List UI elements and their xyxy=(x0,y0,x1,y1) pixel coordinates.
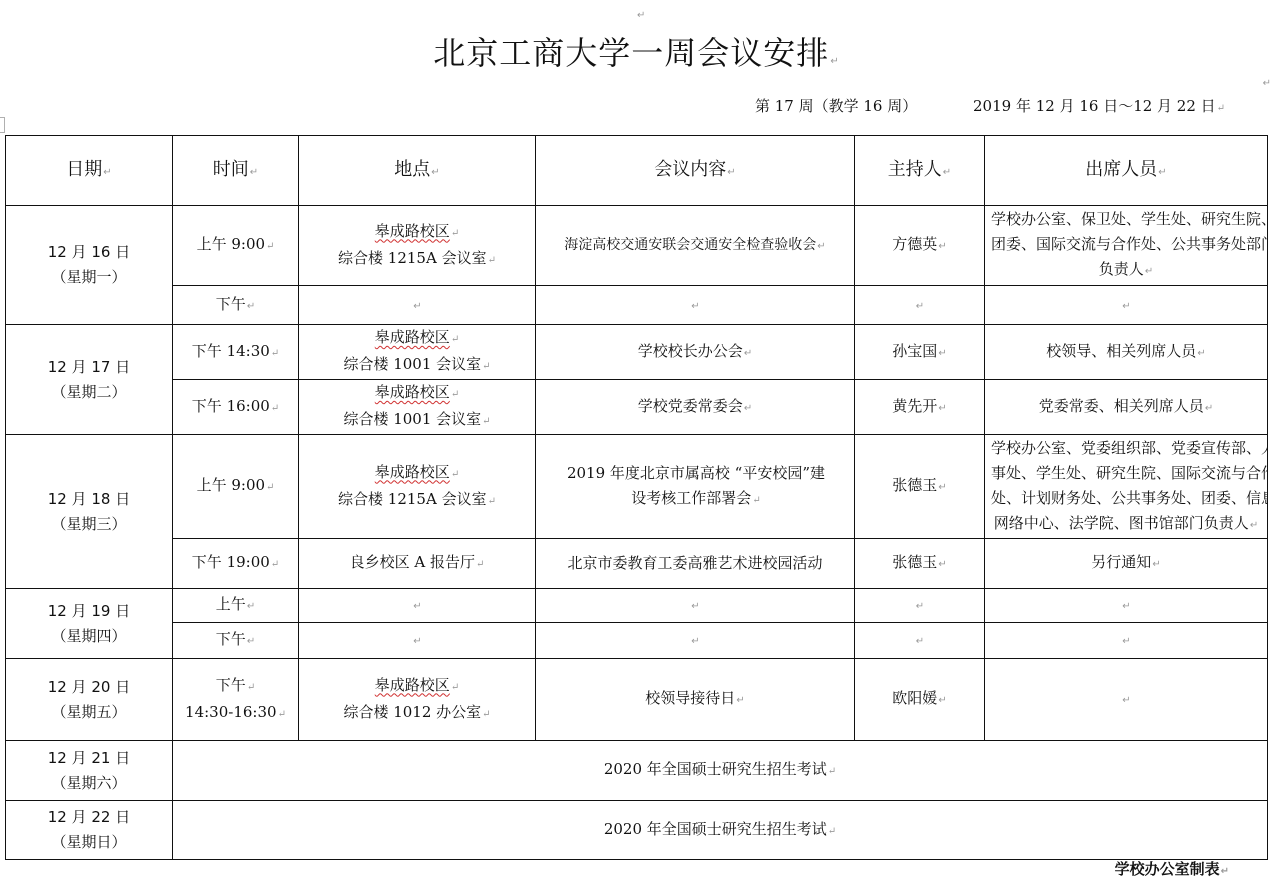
time-cell: 上午 9:00↵ xyxy=(173,435,299,539)
attendees-cell: 学校办公室、保卫处、学生处、研究生院、 团委、国际交流与合作处、公共事务处部门 … xyxy=(985,206,1268,286)
table-row: 12 月 20 日（星期五） 下午↵ 14:30-16:30↵ 皋成路校区↵ 综… xyxy=(6,659,1268,741)
location-cell: ↵ xyxy=(299,623,536,659)
time-cell: 上午↵ xyxy=(173,589,299,623)
content-cell: ↵ xyxy=(536,623,855,659)
content-cell: ↵ xyxy=(536,589,855,623)
attendees-cell: 另行通知↵ xyxy=(985,539,1268,589)
host-cell: 孙宝国↵ xyxy=(855,325,985,380)
date-cell: 12 月 18 日（星期三） xyxy=(6,435,173,589)
table-row: 下午 19:00↵ 良乡校区 A 报告厅↵ 北京市委教育工委高雅艺术进校园活动 … xyxy=(6,539,1268,589)
paragraph-mark: ↵ xyxy=(1217,103,1225,114)
attendees-cell: ↵ xyxy=(985,659,1268,741)
paragraph-mark: ↵ xyxy=(1263,78,1271,89)
meeting-schedule-table: 日期↵ 时间↵ 地点↵ 会议内容↵ 主持人↵ 出席人员↵ 12 月 16 日（星… xyxy=(5,135,1268,860)
table-row: 12 月 16 日（星期一） 上午 9:00↵ 皋成路校区↵ 综合楼 1215A… xyxy=(6,206,1268,286)
table-row: 下午↵ ↵ ↵ ↵ ↵ xyxy=(6,286,1268,325)
date-range-text: 2019 年 12 月 16 日～12 月 22 日 xyxy=(973,97,1216,115)
host-cell: ↵ xyxy=(855,623,985,659)
title-text: 北京工商大学一周会议安排 xyxy=(433,34,829,72)
date-cell: 12 月 16 日（星期一） xyxy=(6,206,173,325)
location-cell: 皋成路校区↵ 综合楼 1001 会议室↵ xyxy=(299,325,536,380)
date-cell: 12 月 20 日（星期五） xyxy=(6,659,173,741)
location-cell: 良乡校区 A 报告厅↵ xyxy=(299,539,536,589)
content-cell: 学校校长办公会↵ xyxy=(536,325,855,380)
content-cell: 北京市委教育工委高雅艺术进校园活动 xyxy=(536,539,855,589)
table-row: 12 月 19 日（星期四） 上午↵ ↵ ↵ ↵ ↵ xyxy=(6,589,1268,623)
time-cell: 下午↵ xyxy=(173,623,299,659)
header-location: 地点↵ xyxy=(299,136,536,206)
table-row: 12 月 17 日（星期二） 下午 14:30↵ 皋成路校区↵ 综合楼 1001… xyxy=(6,325,1268,380)
host-cell: 张德玉↵ xyxy=(855,539,985,589)
merged-event-cell: 2020 年全国硕士研究生招生考试↵ xyxy=(173,801,1268,860)
date-cell: 12 月 19 日（星期四） xyxy=(6,589,173,659)
location-cell: ↵ xyxy=(299,589,536,623)
date-cell: 12 月 17 日（星期二） xyxy=(6,325,173,435)
content-cell: 学校党委常委会↵ xyxy=(536,380,855,435)
date-cell: 12 月 21 日（星期六） xyxy=(6,741,173,801)
attendees-cell: 校领导、相关列席人员↵ xyxy=(985,325,1268,380)
merged-event-cell: 2020 年全国硕士研究生招生考试↵ xyxy=(173,741,1268,801)
date-range: 2019 年 12 月 16 日～12 月 22 日↵ xyxy=(973,95,1225,116)
table-anchor-mark xyxy=(0,117,5,133)
location-cell: ↵ xyxy=(299,286,536,325)
host-cell: ↵ xyxy=(855,589,985,623)
attendees-cell: ↵ xyxy=(985,286,1268,325)
time-cell: 下午 16:00↵ xyxy=(173,380,299,435)
content-cell: 2019 年度北京市属高校 “平安校园”建 设考核工作部署会↵ xyxy=(536,435,855,539)
footer-credit: 学校办公室制表↵ xyxy=(1115,858,1229,879)
host-cell: 方德英↵ xyxy=(855,206,985,286)
header-host: 主持人↵ xyxy=(855,136,985,206)
host-cell: 黄先开↵ xyxy=(855,380,985,435)
header-attendees: 出席人员↵ xyxy=(985,136,1268,206)
content-cell: 海淀高校交通安联会交通安全检查验收会↵ xyxy=(536,206,855,286)
location-cell: 皋成路校区↵ 综合楼 1215A 会议室↵ xyxy=(299,206,536,286)
table-row: 下午 16:00↵ 皋成路校区↵ 综合楼 1001 会议室↵ 学校党委常委会↵ … xyxy=(6,380,1268,435)
location-cell: 皋成路校区↵ 综合楼 1012 办公室↵ xyxy=(299,659,536,741)
week-label: 第 17 周（教学 16 周） xyxy=(755,95,917,116)
page-title: 北京工商大学一周会议安排↵ xyxy=(0,28,1273,74)
host-cell: 张德玉↵ xyxy=(855,435,985,539)
content-cell: ↵ xyxy=(536,286,855,325)
location-cell: 皋成路校区↵ 综合楼 1001 会议室↵ xyxy=(299,380,536,435)
header-content: 会议内容↵ xyxy=(536,136,855,206)
time-cell: 下午 19:00↵ xyxy=(173,539,299,589)
time-cell: 下午↵ xyxy=(173,286,299,325)
host-cell: 欧阳媛↵ xyxy=(855,659,985,741)
date-cell: 12 月 22 日（星期日） xyxy=(6,801,173,860)
time-cell: 上午 9:00↵ xyxy=(173,206,299,286)
table-header-row: 日期↵ 时间↵ 地点↵ 会议内容↵ 主持人↵ 出席人员↵ xyxy=(6,136,1268,206)
attendees-cell: ↵ xyxy=(985,623,1268,659)
paragraph-mark: ↵ xyxy=(637,10,645,21)
table-row: 下午↵ ↵ ↵ ↵ ↵ xyxy=(6,623,1268,659)
paragraph-mark: ↵ xyxy=(830,56,839,67)
attendees-cell: 党委常委、相关列席人员↵ xyxy=(985,380,1268,435)
table-row: 12 月 21 日（星期六） 2020 年全国硕士研究生招生考试↵ xyxy=(6,741,1268,801)
header-date: 日期↵ xyxy=(6,136,173,206)
attendees-cell: ↵ xyxy=(985,589,1268,623)
host-cell: ↵ xyxy=(855,286,985,325)
table-row: 12 月 18 日（星期三） 上午 9:00↵ 皋成路校区↵ 综合楼 1215A… xyxy=(6,435,1268,539)
content-cell: 校领导接待日↵ xyxy=(536,659,855,741)
time-cell: 下午↵ 14:30-16:30↵ xyxy=(173,659,299,741)
table-row: 12 月 22 日（星期日） 2020 年全国硕士研究生招生考试↵ xyxy=(6,801,1268,860)
attendees-cell: 学校办公室、党委组织部、党委宣传部、人 事处、学生处、研究生院、国际交流与合作 … xyxy=(985,435,1268,539)
location-cell: 皋成路校区↵ 综合楼 1215A 会议室↵ xyxy=(299,435,536,539)
time-cell: 下午 14:30↵ xyxy=(173,325,299,380)
header-time: 时间↵ xyxy=(173,136,299,206)
